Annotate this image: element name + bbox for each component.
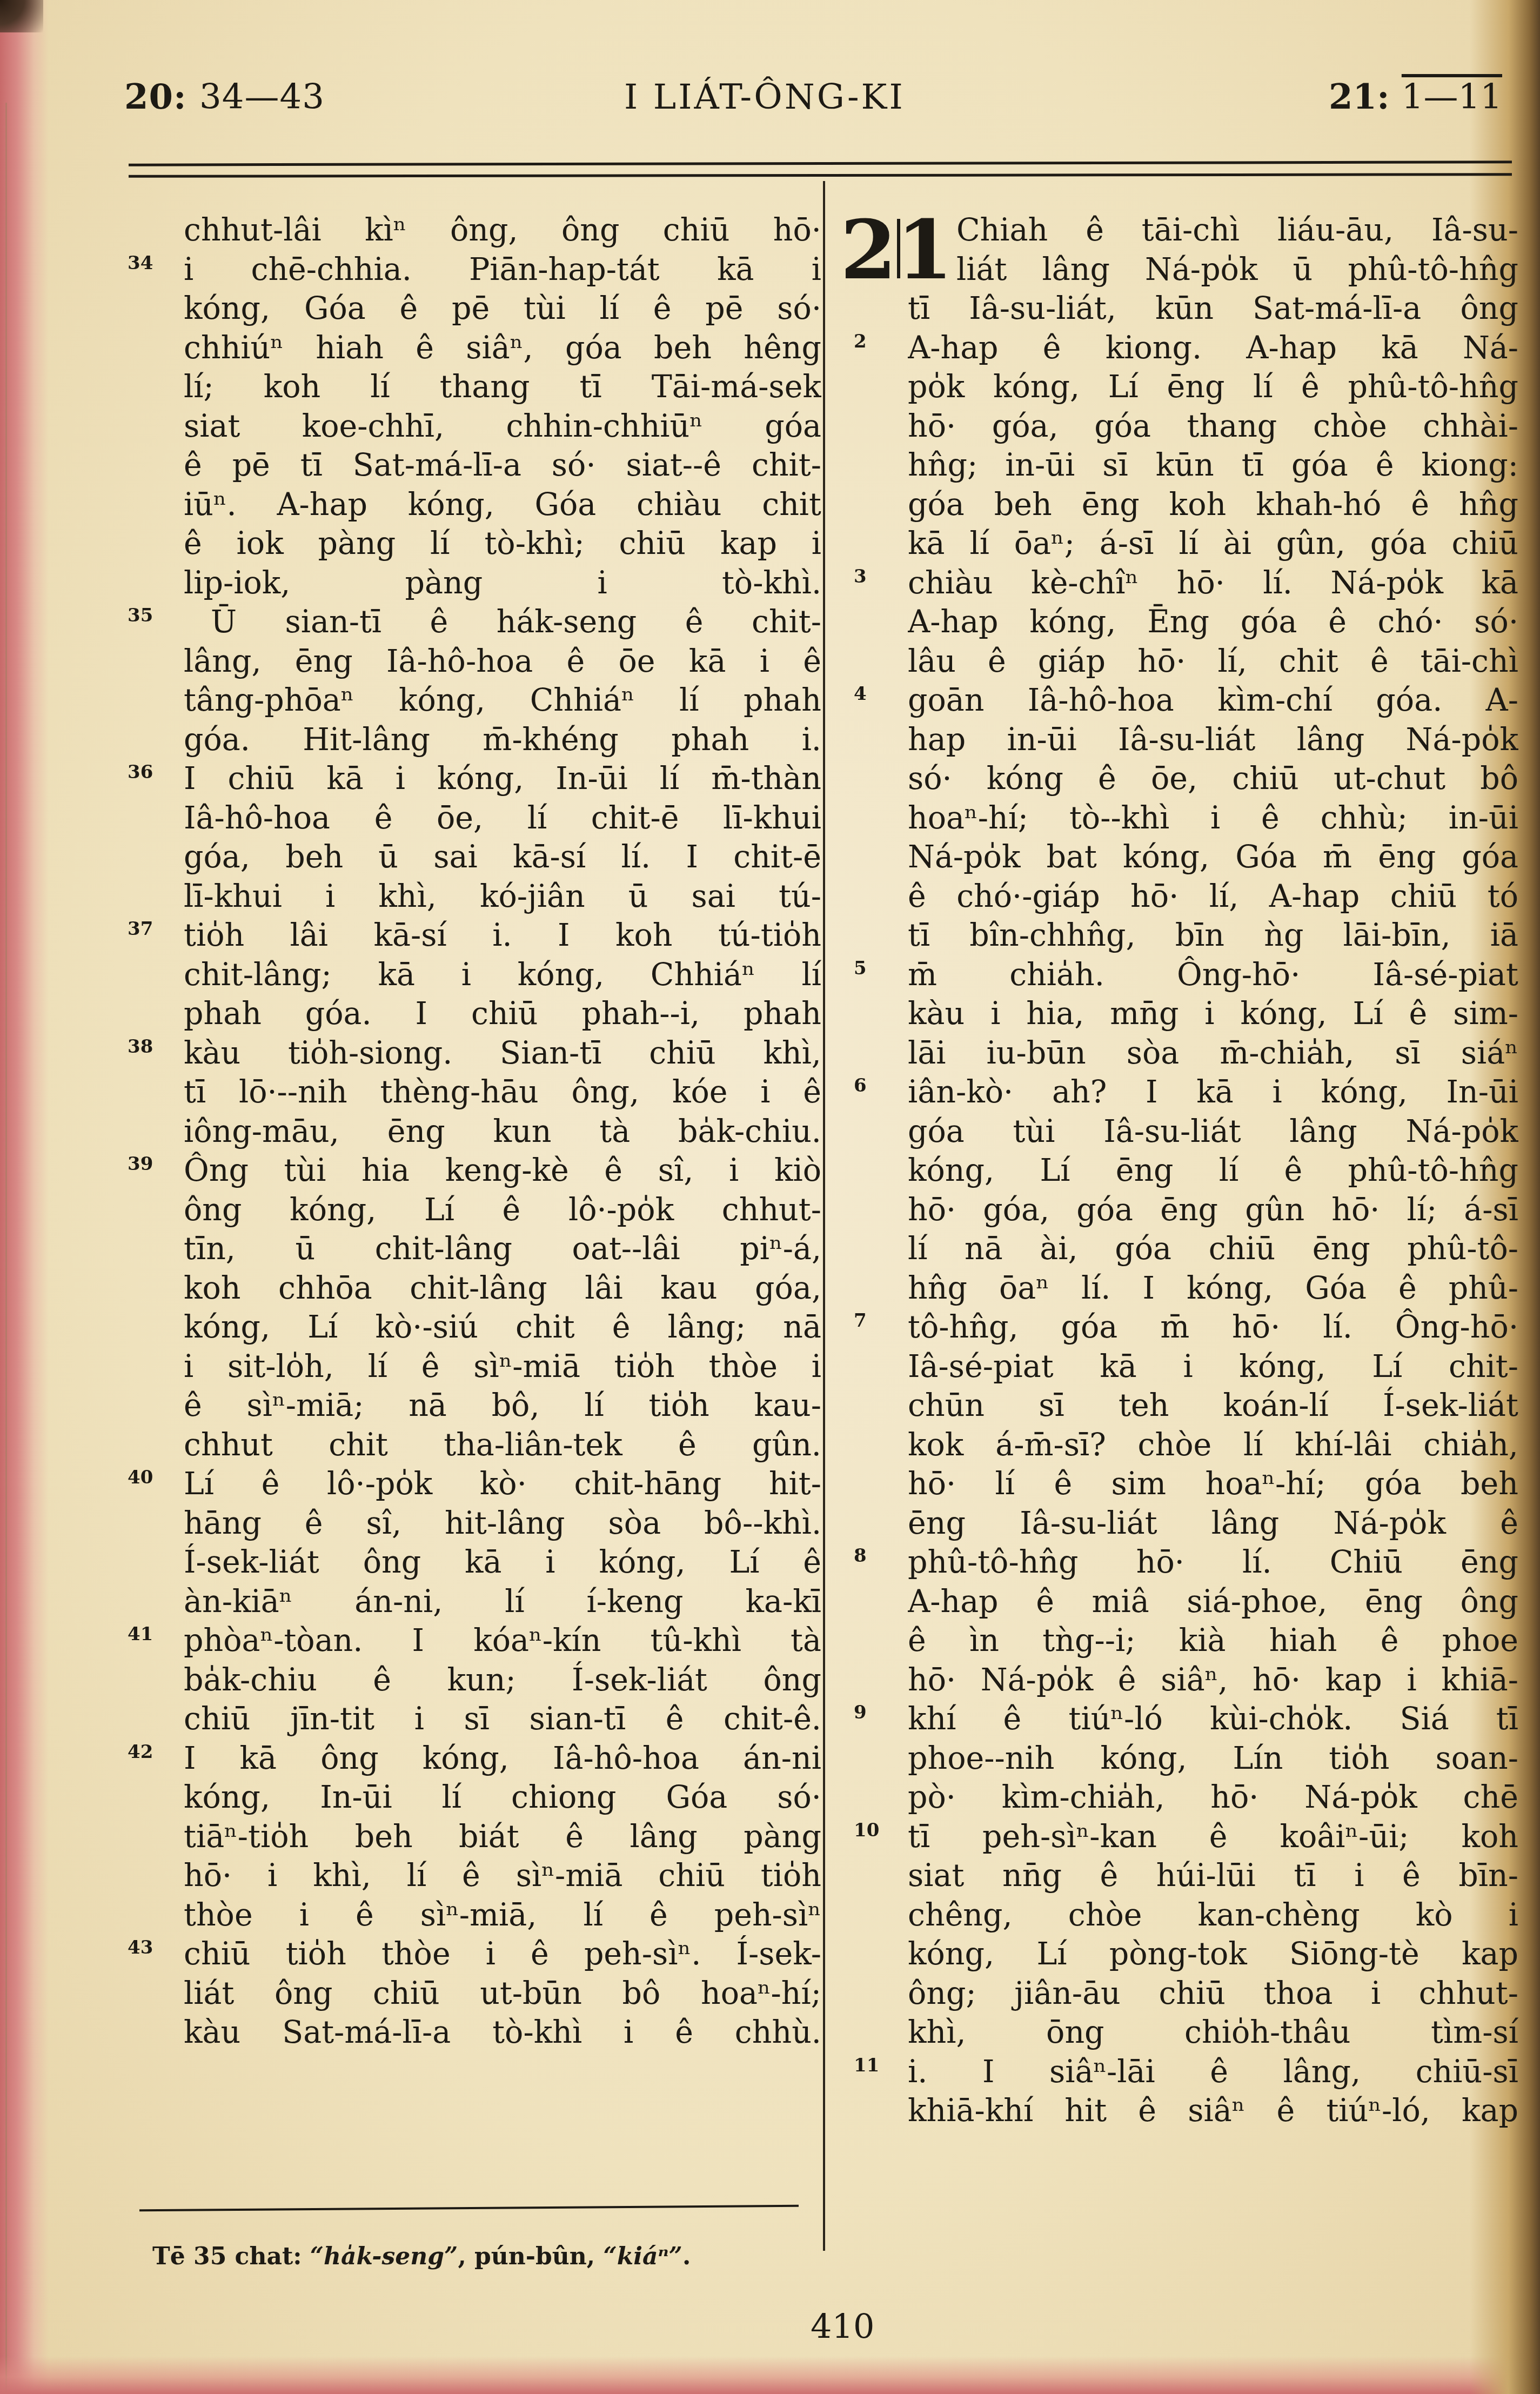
text-line: tiāⁿ-tio̍h beh biát ê lâng pàng — [124, 1817, 821, 1857]
line-text: hoaⁿ-hí; tò--khì i ê chhù; in-ūi — [908, 799, 1518, 838]
line-text: Ná-po̍k bat kóng, Góa m̄ ēng góa — [908, 838, 1518, 877]
text-line: liát lâng Ná-po̍k ū phû-tô-hn̂g — [832, 250, 1518, 290]
text-line: 10tī peh-sìⁿ-kan ê koâiⁿ-ūi; koh — [832, 1817, 1518, 1857]
line-text: khiā-khí hit ê siâⁿ ê tiúⁿ-ló, kap — [908, 2091, 1518, 2131]
text-line: hō· góa, góa ēng gûn hō· lí; á-sī — [832, 1191, 1518, 1230]
text-line: iông-māu, ēng kun tà ba̍k-chiu. — [124, 1112, 821, 1152]
line-text: lī-khui i khì, kó-jiân ū sai tú- — [184, 877, 821, 917]
line-text: góa. Hit-lâng m̄-khéng phah i. — [184, 720, 821, 760]
footnote-middle: , pún-bûn, — [458, 2243, 603, 2270]
line-text: kā lí ōaⁿ; á-sī lí ài gûn, góa chiū — [908, 524, 1518, 564]
line-text: tī bîn-chhn̂g, bīn ǹg lāi-bīn, iā — [908, 916, 1518, 955]
footnote-suffix: . — [682, 2243, 691, 2270]
verse-number: 41 — [128, 1623, 153, 1645]
text-line: i sit-lo̍h, lí ê sìⁿ-miā tio̍h thòe i — [124, 1347, 821, 1387]
line-text: iông-māu, ēng kun tà ba̍k-chiu. — [184, 1112, 821, 1152]
line-text: kóng, In-ūi lí chiong Góa só· — [184, 1778, 821, 1817]
line-text: chêng, chòe kan-chèng kò i — [908, 1896, 1518, 1935]
line-text: hāng ê sî, hit-lâng sòa bô--khì. — [184, 1504, 821, 1543]
text-line: 11i. I siâⁿ-lāi ê lâng, chiū-sī — [832, 2052, 1518, 2092]
text-line: ba̍k-chiu ê kun; Í-sek-liát ông — [124, 1661, 821, 1700]
text-line: phoe--nih kóng, Lín tio̍h soan- — [832, 1739, 1518, 1778]
verse-number: 6 — [854, 1075, 867, 1096]
text-line: kā lí ōaⁿ; á-sī lí ài gûn, góa chiū — [832, 524, 1518, 564]
text-line: 35Ū sian-tī ê hák-seng ê chit- — [124, 603, 821, 642]
line-text: i sit-lo̍h, lí ê sìⁿ-miā tio̍h thòe i — [184, 1347, 821, 1387]
text-line: liát ông chiū ut-būn bô hoaⁿ-hí; — [124, 1974, 821, 2014]
line-text: ông kóng, Lí ê lô·-po̍k chhut- — [184, 1191, 821, 1230]
line-text: ê chó·-giáp hō· lí, A-hap chiū tó — [908, 877, 1518, 917]
line-text: hō· góa, góa ēng gûn hō· lí; á-sī — [908, 1191, 1518, 1230]
text-line: chūn sī teh koán-lí Í-sek-liát — [832, 1386, 1518, 1426]
column-divider — [823, 181, 825, 2251]
book-page: 20: 34—43 I LIÁT-ÔNG-KI 21: 1—11 chhut-l… — [0, 0, 1540, 2394]
line-text: iân-kò· ah? I kā i kóng, In-ūi — [908, 1073, 1518, 1112]
line-text: kóng, Lí pòng-tok Siōng-tè kap — [908, 1935, 1518, 1974]
text-line: hō· góa, góa thang chòe chhài- — [832, 407, 1518, 446]
line-text: phû-tô-hn̂g hō· lí. Chiū ēng — [908, 1543, 1518, 1582]
text-line: 34i chē-chhia. Piān-hap-tát kā i — [124, 250, 821, 290]
page-edge-stain-left — [0, 0, 49, 2394]
line-text: chhut-lâi kìⁿ ông, ông chiū hō· — [184, 211, 821, 250]
text-line: chêng, chòe kan-chèng kò i — [832, 1896, 1518, 1935]
text-line: góa tùi Iâ-su-liát lâng Ná-po̍k — [832, 1112, 1518, 1152]
text-line: A-hap ê miâ siá-phoe, ēng ông — [832, 1582, 1518, 1622]
text-line: 38kàu tio̍h-siong. Sian-tī chiū khì, — [124, 1034, 821, 1073]
line-text: kàu tio̍h-siong. Sian-tī chiū khì, — [184, 1034, 821, 1073]
line-text: phah góa. I chiū phah--i, phah — [184, 994, 821, 1034]
text-line: hāng ê sî, hit-lâng sòa bô--khì. — [124, 1504, 821, 1543]
line-text: thòe i ê sìⁿ-miā, lí ê peh-sìⁿ — [184, 1896, 821, 1935]
line-text: hap in-ūi Iâ-su-liát lâng Ná-po̍k — [908, 720, 1518, 760]
line-text: liát ông chiū ut-būn bô hoaⁿ-hí; — [184, 1974, 821, 2014]
text-line: tâng-phōaⁿ kóng, Chhiáⁿ lí phah — [124, 681, 821, 720]
line-text: ê sìⁿ-miā; nā bô, lí tio̍h kau- — [184, 1386, 821, 1426]
line-text: goān Iâ-hô-hoa kìm-chí góa. A- — [908, 681, 1518, 720]
line-text: lip-iok, pàng i tò-khì. — [184, 564, 821, 603]
right-column: Chiah ê tāi-chì liáu-āu, Iâ-su-liát lâng… — [832, 211, 1518, 2131]
text-line: ê sìⁿ-miā; nā bô, lí tio̍h kau- — [124, 1386, 821, 1426]
text-line: tī bîn-chhn̂g, bīn ǹg lāi-bīn, iā — [832, 916, 1518, 955]
line-text: khí ê tiúⁿ-ló kùi-cho̍k. Siá tī — [908, 1700, 1518, 1739]
text-line: chit-lâng; kā i kóng, Chhiáⁿ lí — [124, 955, 821, 995]
text-line: 43chiū tio̍h thòe i ê peh-sìⁿ. Í-sek- — [124, 1935, 821, 1974]
text-line: chhiúⁿ hiah ê siâⁿ, góa beh hêng — [124, 329, 821, 368]
line-text: tio̍h lâi kā-sí i. I koh tú-tio̍h — [184, 916, 821, 955]
text-line: Iâ-sé-piat kā i kóng, Lí chit- — [832, 1347, 1518, 1387]
text-line: phah góa. I chiū phah--i, phah — [124, 994, 821, 1034]
running-head: 20: 34—43 I LIÁT-ÔNG-KI 21: 1—11 — [124, 70, 1508, 124]
text-line: iūⁿ. A-hap kóng, Góa chiàu chit — [124, 485, 821, 525]
text-line: ê iok pàng lí tò-khì; chiū kap i — [124, 524, 821, 564]
text-line: chhut chit tha-liân-tek ê gûn. — [124, 1426, 821, 1465]
text-line: góa. Hit-lâng m̄-khéng phah i. — [124, 720, 821, 760]
line-text: chiū jīn-tit i sī sian-tī ê chit-ê. — [184, 1700, 821, 1739]
text-line: 40Lí ê lô·-po̍k kò· chit-hāng hit- — [124, 1465, 821, 1504]
text-line: lāi iu-būn sòa m̄-chia̍h, sī siáⁿ — [832, 1034, 1518, 1073]
text-line: kàu i hia, mn̄g i kóng, Lí ê sim- — [832, 994, 1518, 1034]
running-head-left: 20: 34—43 — [124, 70, 325, 124]
text-line: khì, ōng chio̍h-thâu tìm-sí — [832, 2013, 1518, 2052]
verse-number: 36 — [128, 761, 153, 783]
line-text: pò· kìm-chia̍h, hō· Ná-po̍k chē — [908, 1778, 1518, 1817]
text-line: 39Ông tùi hia keng-kè ê sî, i kiò — [124, 1151, 821, 1191]
text-line: ê ìn tǹg--i; kià hiah ê phoe — [832, 1621, 1518, 1661]
text-line: hō· i khì, lí ê sìⁿ-miā chiū tio̍h — [124, 1856, 821, 1896]
line-text: lí nā ài, góa chiū ēng phû-tô- — [908, 1229, 1518, 1269]
running-head-right: 21: 1—11 — [1329, 70, 1502, 124]
text-line: 41phòaⁿ-tòan. I kóaⁿ-kín tû-khì tà — [124, 1621, 821, 1661]
text-line: siat nn̄g ê húi-lūi tī i ê bīn- — [832, 1856, 1518, 1896]
text-line: lí; koh lí thang tī Tāi-má-sek — [124, 367, 821, 407]
footnote-prefix: Tē 35 chat: — [152, 2243, 310, 2270]
text-line: hn̂g ōaⁿ lí. I kóng, Góa ê phû- — [832, 1269, 1518, 1308]
verse-number: 5 — [854, 958, 867, 979]
text-line: A-hap kóng, Ēng góa ê chó· só· — [832, 603, 1518, 642]
text-line: ê chó·-giáp hō· lí, A-hap chiū tó — [832, 877, 1518, 917]
left-column: chhut-lâi kìⁿ ông, ông chiū hō·34i chē-c… — [124, 211, 821, 2052]
text-line: tīn, ū chit-lâng oat--lâi piⁿ-á, — [124, 1229, 821, 1269]
header-rule-bottom — [129, 173, 1512, 178]
line-text: Ū sian-tī ê hák-seng ê chit- — [211, 603, 821, 642]
verse-number: 37 — [128, 918, 153, 940]
text-line: hn̂g; in-ūi sī kūn tī góa ê kiong: — [832, 446, 1518, 485]
text-line: 5m̄ chia̍h. Ông-hō· Iâ-sé-piat — [832, 955, 1518, 995]
text-line: lí nā ài, góa chiū ēng phû-tô- — [832, 1229, 1518, 1269]
text-line: ê pē tī Sat-má-lī-a só· siat--ê chit- — [124, 446, 821, 485]
line-text: I kā ông kóng, Iâ-hô-hoa án-ni — [184, 1739, 821, 1778]
line-text: lâng, ēng Iâ-hô-hoa ê ōe kā i ê — [184, 642, 821, 681]
footnote-term-1: “ha̍k-seng” — [310, 2243, 458, 2270]
line-text: chhut chit tha-liân-tek ê gûn. — [184, 1426, 821, 1465]
verse-number: 3 — [854, 566, 867, 587]
line-text: Ông tùi hia keng-kè ê sî, i kiò — [184, 1151, 821, 1191]
verse-number: 38 — [128, 1036, 153, 1058]
text-line: hap in-ūi Iâ-su-liát lâng Ná-po̍k — [832, 720, 1518, 760]
left-verse-range: 34—43 — [199, 77, 325, 117]
page-edge-stain-bottom — [0, 2356, 1540, 2394]
line-text: khì, ōng chio̍h-thâu tìm-sí — [908, 2013, 1518, 2052]
line-text: iūⁿ. A-hap kóng, Góa chiàu chit — [184, 485, 821, 525]
line-text: siat koe-chhī, chhin-chhiūⁿ góa — [184, 407, 821, 446]
verse-number: 40 — [128, 1467, 153, 1488]
text-line: àn-kiāⁿ án-ni, lí í-keng ka-kī — [124, 1582, 821, 1622]
text-line: góa beh ēng koh khah-hó ê hn̂g — [832, 485, 1518, 525]
line-text: tī lō·--nih thèng-hāu ông, kóe i ê — [184, 1073, 821, 1112]
text-line: góa, beh ū sai kā-sí lí. I chit-ē — [124, 838, 821, 877]
right-chapter: 21: — [1329, 77, 1390, 117]
verse-number: 11 — [854, 2055, 879, 2076]
verse-number: 35 — [128, 605, 153, 626]
verse-number: 2 — [854, 331, 867, 352]
line-text: kàu i hia, mn̄g i kóng, Lí ê sim- — [908, 994, 1518, 1034]
text-line: 9khí ê tiúⁿ-ló kùi-cho̍k. Siá tī — [832, 1700, 1518, 1739]
line-text: kóng, Lí kò·-siú chit ê lâng; nā — [184, 1308, 821, 1347]
text-line: Chiah ê tāi-chì liáu-āu, Iâ-su- — [832, 211, 1518, 250]
line-text: chhiúⁿ hiah ê siâⁿ, góa beh hêng — [184, 329, 821, 368]
line-text: Iâ-hô-hoa ê ōe, lí chit-ē lī-khui — [184, 799, 821, 838]
line-text: kàu Sat-má-lī-a tò-khì i ê chhù. — [184, 2013, 821, 2052]
text-line: lâng, ēng Iâ-hô-hoa ê ōe kā i ê — [124, 642, 821, 681]
verse-number: 7 — [854, 1310, 867, 1332]
line-text: A-hap ê kiong. A-hap kā Ná- — [908, 329, 1518, 368]
line-text: Iâ-sé-piat kā i kóng, Lí chit- — [908, 1347, 1518, 1387]
line-text: phòaⁿ-tòan. I kóaⁿ-kín tû-khì tà — [184, 1621, 821, 1661]
line-text: ēng Iâ-su-liát lâng Ná-po̍k ê — [908, 1504, 1518, 1543]
text-line: ông kóng, Lí ê lô·-po̍k chhut- — [124, 1191, 821, 1230]
line-text: hn̂g; in-ūi sī kūn tī góa ê kiong: — [908, 446, 1518, 485]
text-line: kóng, Lí kò·-siú chit ê lâng; nā — [124, 1308, 821, 1347]
text-line: ông; jiân-āu chiū thoa i chhut- — [832, 1974, 1518, 2014]
line-text: chiū tio̍h thòe i ê peh-sìⁿ. Í-sek- — [184, 1935, 821, 1974]
text-line: siat koe-chhī, chhin-chhiūⁿ góa — [124, 407, 821, 446]
line-text: kóng, Góa ê pē tùi lí ê pē só· — [184, 289, 821, 329]
verse-number: 9 — [854, 1702, 867, 1723]
text-line: ēng Iâ-su-liát lâng Ná-po̍k ê — [832, 1504, 1518, 1543]
line-text: i. I siâⁿ-lāi ê lâng, chiū-sī — [908, 2052, 1518, 2092]
text-line: khiā-khí hit ê siâⁿ ê tiúⁿ-ló, kap — [832, 2091, 1518, 2131]
verse-number: 42 — [128, 1741, 153, 1763]
text-line: 7tô-hn̂g, góa m̄ hō· lí. Ông-hō· — [832, 1308, 1518, 1347]
line-text: i chē-chhia. Piān-hap-tát kā i — [184, 250, 821, 290]
text-line: Í-sek-liát ông kā i kóng, Lí ê — [124, 1543, 821, 1582]
line-text: ông; jiân-āu chiū thoa i chhut- — [908, 1974, 1518, 2014]
text-line: chhut-lâi kìⁿ ông, ông chiū hō· — [124, 211, 821, 250]
line-text: Chiah ê tāi-chì liáu-āu, Iâ-su- — [956, 211, 1518, 250]
line-text: góa beh ēng koh khah-hó ê hn̂g — [908, 485, 1518, 525]
line-text: ba̍k-chiu ê kun; Í-sek-liát ông — [184, 1661, 821, 1700]
line-text: tī peh-sìⁿ-kan ê koâiⁿ-ūi; koh — [908, 1817, 1518, 1857]
verse-number: 43 — [128, 1937, 153, 1958]
text-line: 2A-hap ê kiong. A-hap kā Ná- — [832, 329, 1518, 368]
text-line: Iâ-hô-hoa ê ōe, lí chit-ē lī-khui — [124, 799, 821, 838]
line-text: m̄ chia̍h. Ông-hō· Iâ-sé-piat — [908, 955, 1518, 995]
line-text: A-hap kóng, Ēng góa ê chó· só· — [908, 603, 1518, 642]
text-line: 36I chiū kā i kóng, In-ūi lí m̄-thàn — [124, 759, 821, 799]
text-line: kok á-m̄-sī? chòe lí khí-lâi chia̍h, — [832, 1426, 1518, 1465]
line-text: liát lâng Ná-po̍k ū phû-tô-hn̂g — [956, 250, 1518, 290]
line-text: góa tùi Iâ-su-liát lâng Ná-po̍k — [908, 1112, 1518, 1152]
line-text: kok á-m̄-sī? chòe lí khí-lâi chia̍h, — [908, 1426, 1518, 1465]
verse-number: 8 — [854, 1545, 867, 1567]
text-line: lī-khui i khì, kó-jiân ū sai tú- — [124, 877, 821, 917]
text-line: chiū jīn-tit i sī sian-tī ê chit-ê. — [124, 1700, 821, 1739]
line-text: tô-hn̂g, góa m̄ hō· lí. Ông-hō· — [908, 1308, 1518, 1347]
line-text: koh chhōa chit-lâng lâi kau góa, — [184, 1269, 821, 1308]
line-text: hō· Ná-po̍k ê siâⁿ, hō· kap i khiā- — [908, 1661, 1518, 1700]
line-text: Lí ê lô·-po̍k kò· chit-hāng hit- — [184, 1465, 821, 1504]
line-text: ê ìn tǹg--i; kià hiah ê phoe — [908, 1621, 1518, 1661]
left-chapter: 20: — [124, 77, 187, 117]
footnote-term-2: “kiáⁿ” — [603, 2243, 682, 2270]
verse-number: 10 — [854, 1820, 879, 1841]
text-line: lip-iok, pàng i tò-khì. — [124, 564, 821, 603]
text-line: lâu ê giáp hō· lí, chit ê tāi-chì — [832, 642, 1518, 681]
verse-number: 34 — [128, 252, 153, 274]
text-line: tī lō·--nih thèng-hāu ông, kóe i ê — [124, 1073, 821, 1112]
text-line: kóng, Lí pòng-tok Siōng-tè kap — [832, 1935, 1518, 1974]
text-line: kóng, Góa ê pē tùi lí ê pē só· — [124, 289, 821, 329]
line-text: lí; koh lí thang tī Tāi-má-sek — [184, 367, 821, 407]
text-line: Ná-po̍k bat kóng, Góa m̄ ēng góa — [832, 838, 1518, 877]
line-text: chiàu kè-chîⁿ hō· lí. Ná-po̍k kā — [908, 564, 1518, 603]
line-text: chūn sī teh koán-lí Í-sek-liát — [908, 1386, 1518, 1426]
text-line: kóng, Lí ēng lí ê phû-tô-hn̂g — [832, 1151, 1518, 1191]
line-text: hō· i khì, lí ê sìⁿ-miā chiū tio̍h — [184, 1856, 821, 1896]
line-text: lāi iu-būn sòa m̄-chia̍h, sī siáⁿ — [908, 1034, 1518, 1073]
text-line: koh chhōa chit-lâng lâi kau góa, — [124, 1269, 821, 1308]
line-text: po̍k kóng, Lí ēng lí ê phû-tô-hn̂g — [908, 367, 1518, 407]
line-text: A-hap ê miâ siá-phoe, ēng ông — [908, 1582, 1518, 1622]
line-text: chit-lâng; kā i kóng, Chhiáⁿ lí — [184, 955, 821, 995]
footnote-rule — [139, 2205, 799, 2212]
line-text: lâu ê giáp hō· lí, chit ê tāi-chì — [908, 642, 1518, 681]
header-rule-top — [129, 161, 1512, 166]
line-text: ê pē tī Sat-má-lī-a só· siat--ê chit- — [184, 446, 821, 485]
line-text: hn̂g ōaⁿ lí. I kóng, Góa ê phû- — [908, 1269, 1518, 1308]
line-text: tâng-phōaⁿ kóng, Chhiáⁿ lí phah — [184, 681, 821, 720]
text-line: 42I kā ông kóng, Iâ-hô-hoa án-ni — [124, 1739, 821, 1778]
text-line: kàu Sat-má-lī-a tò-khì i ê chhù. — [124, 2013, 821, 2052]
line-text: ê iok pàng lí tò-khì; chiū kap i — [184, 524, 821, 564]
line-text: góa, beh ū sai kā-sí lí. I chit-ē — [184, 838, 821, 877]
line-text: I chiū kā i kóng, In-ūi lí m̄-thàn — [184, 759, 821, 799]
line-text: tiāⁿ-tio̍h beh biát ê lâng pàng — [184, 1817, 821, 1857]
footnote: Tē 35 chat: “ha̍k-seng”, pún-bûn, “kiáⁿ”… — [152, 2243, 691, 2270]
line-text: Í-sek-liát ông kā i kóng, Lí ê — [184, 1543, 821, 1582]
book-title: I LIÁT-ÔNG-KI — [624, 70, 905, 124]
line-text: hō· lí ê sim hoaⁿ-hí; góa beh — [908, 1465, 1518, 1504]
text-line: só· kóng ê ōe, chiū ut-chut bô — [832, 759, 1518, 799]
text-line: thòe i ê sìⁿ-miā, lí ê peh-sìⁿ — [124, 1896, 821, 1935]
verse-number: 4 — [854, 683, 867, 705]
text-line: 3chiàu kè-chîⁿ hō· lí. Ná-po̍k kā — [832, 564, 1518, 603]
text-line: hoaⁿ-hí; tò--khì i ê chhù; in-ūi — [832, 799, 1518, 838]
line-text: só· kóng ê ōe, chiū ut-chut bô — [908, 759, 1518, 799]
line-text: àn-kiāⁿ án-ni, lí í-keng ka-kī — [184, 1582, 821, 1622]
text-line: 4goān Iâ-hô-hoa kìm-chí góa. A- — [832, 681, 1518, 720]
line-text: siat nn̄g ê húi-lūi tī i ê bīn- — [908, 1856, 1518, 1896]
text-line: 37tio̍h lâi kā-sí i. I koh tú-tio̍h — [124, 916, 821, 955]
verse-number: 39 — [128, 1153, 153, 1175]
line-text: tīn, ū chit-lâng oat--lâi piⁿ-á, — [184, 1229, 821, 1269]
text-line: hō· Ná-po̍k ê siâⁿ, hō· kap i khiā- — [832, 1661, 1518, 1700]
text-line: 6iân-kò· ah? I kā i kóng, In-ūi — [832, 1073, 1518, 1112]
text-line: 8phû-tô-hn̂g hō· lí. Chiū ēng — [832, 1543, 1518, 1582]
text-line: tī Iâ-su-liát, kūn Sat-má-lī-a ông — [832, 289, 1518, 329]
page-corner — [0, 0, 43, 32]
text-line: hō· lí ê sim hoaⁿ-hí; góa beh — [832, 1465, 1518, 1504]
line-text: tī Iâ-su-liát, kūn Sat-má-lī-a ông — [908, 289, 1518, 329]
page-number: 410 — [811, 2308, 874, 2345]
text-line: kóng, In-ūi lí chiong Góa só· — [124, 1778, 821, 1817]
line-text: kóng, Lí ēng lí ê phû-tô-hn̂g — [908, 1151, 1518, 1191]
line-text: phoe--nih kóng, Lín tio̍h soan- — [908, 1739, 1518, 1778]
right-verse-range: 1—11 — [1402, 77, 1502, 117]
text-line: po̍k kóng, Lí ēng lí ê phû-tô-hn̂g — [832, 367, 1518, 407]
text-line: pò· kìm-chia̍h, hō· Ná-po̍k chē — [832, 1778, 1518, 1817]
line-text: hō· góa, góa thang chòe chhài- — [908, 407, 1518, 446]
